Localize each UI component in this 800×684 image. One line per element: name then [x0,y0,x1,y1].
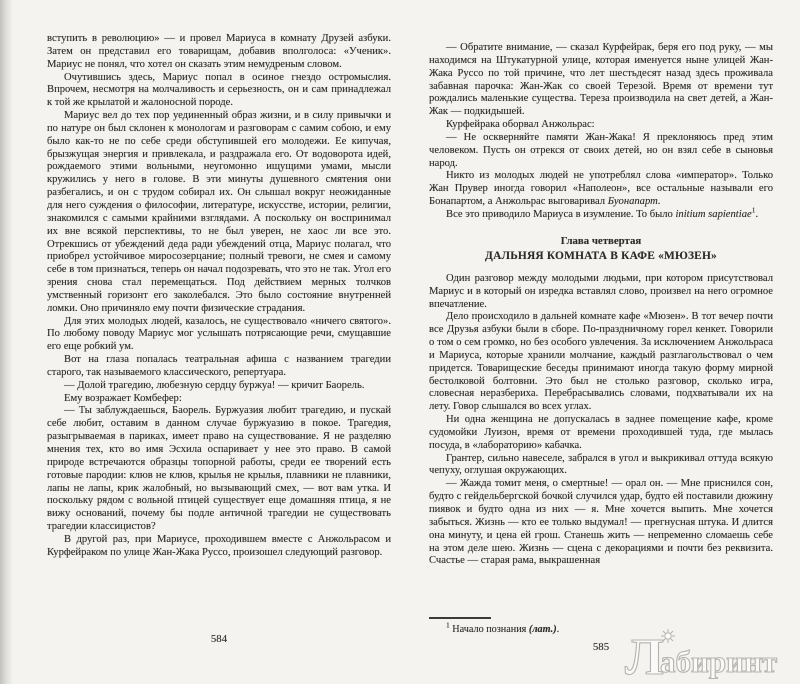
paragraph: Все это приводило Мариуса в изумление. Т… [429,209,773,222]
paragraph: Курфейрака оборвал Анжольрас: [429,119,773,132]
paragraph: Один разговор между молодыми людьми, при… [429,273,773,312]
paragraph: Ему возражает Комбефер: [47,393,391,406]
paragraph: — Обратите внимание, — сказал Курфейрак,… [429,42,773,119]
paragraph: — Не оскверняйте памяти Жан-Жака! Я прек… [429,132,773,171]
paragraph: — Жажда томит меня, о смертные! — орал о… [429,478,773,568]
paragraph: Мариус вел до тех пор уединенный образ ж… [47,110,391,316]
watermark-sun-icon [661,629,675,643]
paragraph: Ни одна женщина не допускалась в заднее … [429,414,773,453]
labirint-watermark: Л абиринт [624,620,800,680]
paragraph: вступить в революцию» — и провел Мариуса… [47,33,391,72]
book-spread: вступить в революцию» — и провел Мариуса… [0,0,800,684]
paragraph: Очутившись здесь, Мариус попал в осиное … [47,72,391,111]
page-edge-shadow [0,0,13,684]
paragraph: Грантер, сильно навеселе, забрался в уго… [429,453,773,479]
left-page: вступить в революцию» — и провел Мариуса… [47,33,391,618]
paragraph: В другой раз, при Мариусе, проходившем в… [47,534,391,560]
right-page: — Обратите внимание, — сказал Курфейрак,… [429,42,773,620]
paragraph: Дело происходило в дальней комнате кафе … [429,311,773,414]
paragraph: — Ты заблуждаешься, Баорель. Буржуазия л… [47,405,391,533]
chapter-title: ДАЛЬНЯЯ КОМНАТА В КАФЕ «МЮЗЕН» [429,249,773,264]
chapter-kicker: Глава четвертая [429,234,773,248]
paragraph: Для этих молодых людей, казалось, не сущ… [47,316,391,355]
footnote-divider [429,617,491,619]
paragraph: — Долой трагедию, любезную сердцу буржуа… [47,380,391,393]
watermark-letter-big: Л [625,629,664,680]
paragraph: Вот на глаза попалась театральная афиша … [47,354,391,380]
paragraph: Никто из молодых людей не употреблял сло… [429,170,773,209]
page-number-left: 584 [47,633,391,645]
watermark-letters: абиринт [660,644,777,679]
